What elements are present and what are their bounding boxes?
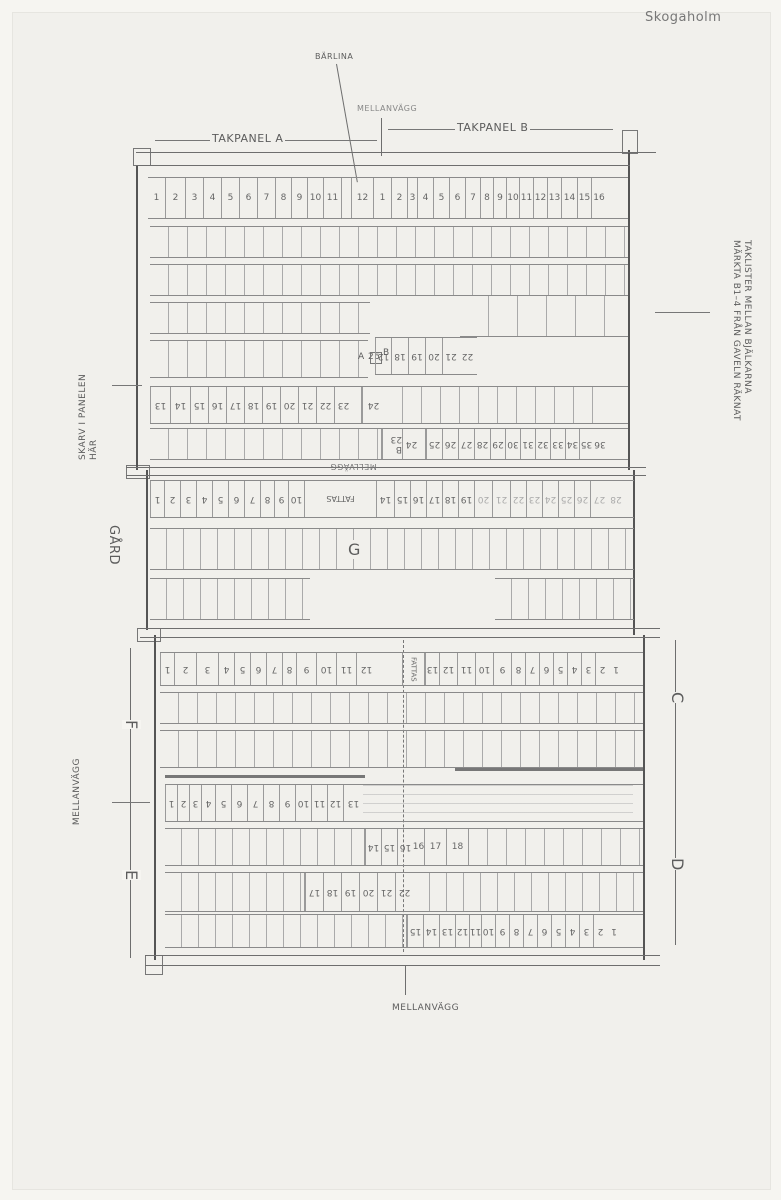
middle-row-3-right bbox=[495, 578, 634, 620]
gap-mark-right bbox=[455, 768, 643, 771]
mellanvagg-left-label: MELLANVÄGG bbox=[72, 758, 82, 825]
wall-left-top bbox=[136, 165, 138, 470]
section-c-label: C bbox=[668, 692, 687, 703]
top-row-7: B 23 24 25 26 27 28 29 30 31 32 33 34 35… bbox=[150, 428, 628, 460]
mellanvagg-bottom-label: MELLANVÄGG bbox=[392, 1003, 459, 1013]
post-top-left bbox=[133, 148, 151, 166]
top-row-6: 13 14 15 16 17 18 19 20 21 22 23 24 bbox=[150, 386, 628, 424]
middle-row-2 bbox=[150, 528, 634, 570]
bottom-edge-2 bbox=[145, 965, 660, 966]
fattas-label: FATTAS bbox=[304, 481, 376, 517]
right-note-leader bbox=[655, 312, 710, 313]
lower-row-e: 1 2 3 4 5 6 7 8 9 10 11 12 13 bbox=[165, 784, 643, 822]
bottom-edge bbox=[145, 955, 660, 956]
lower-row-g: 17 18 19 20 21 22 bbox=[165, 872, 643, 912]
beam-lower bbox=[140, 628, 660, 629]
lower-row-f: 14 15 16 16 17 18 bbox=[165, 828, 643, 866]
beam-mid bbox=[126, 467, 646, 468]
mellanvagg-bottom-marker bbox=[405, 965, 406, 995]
lower-row-2 bbox=[160, 692, 643, 724]
wall-right-top bbox=[628, 150, 630, 470]
top-row-2 bbox=[150, 226, 628, 258]
mellanvagg-mid-label: MELLVÄGG bbox=[330, 462, 377, 471]
section-f-label: F bbox=[122, 720, 141, 729]
section-d-label: D bbox=[668, 858, 687, 870]
top-row-4-left bbox=[150, 302, 370, 334]
lower-row-d: 15 14 13 12 11 10 9 8 7 6 5 4 3 2 1 bbox=[165, 914, 643, 948]
skarv-note: SKARV I PANELEN HÄR bbox=[78, 370, 108, 460]
lower-row-1: 1 2 3 4 5 6 7 8 9 10 11 12 FATTAS 13 12 … bbox=[160, 652, 643, 686]
left-dimension-tick bbox=[112, 802, 150, 803]
section-g-label: G bbox=[340, 540, 368, 559]
beam-mid-2 bbox=[126, 475, 646, 476]
barlina-label: BÄRLINA bbox=[315, 52, 353, 61]
top-row-1: 1 2 3 4 5 6 7 8 9 10 11 12 1 2 3 4 5 6 7… bbox=[148, 177, 628, 219]
top-row-5-left bbox=[150, 340, 368, 378]
fattas-label-2: FATTAS bbox=[403, 653, 425, 685]
gap-mark-left bbox=[165, 775, 365, 778]
gard-label: GÅRD bbox=[106, 525, 121, 565]
lower-row-3 bbox=[160, 730, 643, 768]
left-dimension-line bbox=[130, 648, 131, 958]
right-dimension-line bbox=[675, 640, 676, 945]
middle-row-3-left bbox=[150, 578, 310, 620]
post-top-right bbox=[622, 130, 638, 154]
mellanvagg-top-label: MELLANVÄGG bbox=[357, 104, 417, 113]
top-row-3 bbox=[150, 264, 628, 296]
top-edge bbox=[136, 152, 656, 153]
takpanel-b-label: TAKPANEL B bbox=[455, 121, 530, 134]
skarv-leader bbox=[112, 385, 142, 386]
corner-label: Skogaholm bbox=[645, 10, 721, 25]
mellanvagg-top-marker bbox=[381, 118, 382, 156]
post-lower-left bbox=[137, 628, 161, 642]
top-row-4-right bbox=[460, 295, 628, 337]
beam-lower-2 bbox=[140, 637, 660, 638]
top-edge-inner bbox=[136, 165, 630, 166]
wall-right-bottom bbox=[643, 635, 645, 960]
wall-left-bottom bbox=[154, 635, 156, 960]
middle-row-1: 1 2 3 4 5 6 7 8 9 10 FATTAS 14 15 16 17 … bbox=[150, 480, 634, 518]
wall-left-mid bbox=[146, 470, 148, 630]
top-row-small: 12 18 19 20 21 22 bbox=[375, 337, 477, 375]
section-e-label: E bbox=[122, 870, 141, 880]
right-note: TAKLISTER MELLAN BJÄLKARNA MÄRKTA B1–4 F… bbox=[712, 240, 752, 430]
takpanel-a-label: TAKPANEL A bbox=[210, 132, 285, 145]
